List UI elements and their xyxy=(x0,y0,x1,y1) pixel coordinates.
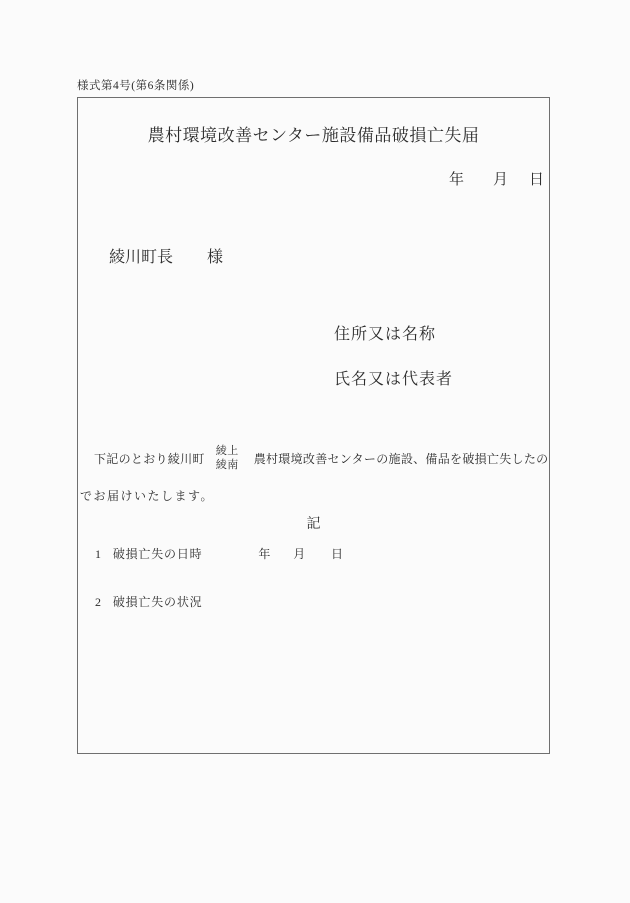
body-paragraph-line2: でお届けいたします。 xyxy=(80,489,214,503)
date-year-label: 年 xyxy=(449,171,464,189)
document-page: 様式第4号(第6条関係) 農村環境改善センター施設備品破損亡失届 年 月 日 綾… xyxy=(0,0,630,903)
list-item-damage-condition: 2 破損亡失の状況 xyxy=(95,595,202,609)
list-heading-ki: 記 xyxy=(78,517,549,534)
branch-top-label: 綾上 xyxy=(216,445,239,459)
item-1-year-label: 年 xyxy=(258,547,271,561)
branch-bottom-label: 綾南 xyxy=(216,459,239,473)
date-month-label: 月 xyxy=(493,171,508,189)
list-item-damage-datetime: 1 破損亡失の日時 年 月 日 xyxy=(95,547,344,561)
submission-date-line: 年 月 日 xyxy=(449,171,544,189)
form-title: 農村環境改善センター施設備品破損亡失届 xyxy=(78,126,549,146)
item-2-number: 2 xyxy=(95,595,102,609)
addressee-title: 綾川町長 xyxy=(109,248,173,267)
item-1-number: 1 xyxy=(95,547,102,561)
body-line1-post: 農村環境改善センターの施設、備品を破損亡失したの xyxy=(254,450,549,467)
branch-name-stack: 綾上 綾南 xyxy=(216,445,239,472)
body-line1-pre: 下記のとおり綾川町 xyxy=(94,450,205,467)
applicant-address-label: 住所又は名称 xyxy=(334,325,436,344)
applicant-name-label: 氏名又は代表者 xyxy=(334,370,453,389)
addressee-honorific: 様 xyxy=(207,248,223,267)
form-border-box: 農村環境改善センター施設備品破損亡失届 年 月 日 綾川町長 様 住所又は名称 … xyxy=(77,97,550,754)
item-1-month-label: 月 xyxy=(293,547,306,561)
item-2-label: 破損亡失の状況 xyxy=(113,595,203,609)
form-number-label: 様式第4号(第6条関係) xyxy=(77,80,194,94)
item-1-day-label: 日 xyxy=(331,547,344,561)
addressee-line: 綾川町長 様 xyxy=(109,248,223,267)
date-day-label: 日 xyxy=(529,171,544,189)
body-paragraph-line1: 下記のとおり綾川町 綾上 綾南 農村環境改善センターの施設、備品を破損亡失したの xyxy=(94,445,548,472)
item-1-label: 破損亡失の日時 xyxy=(113,547,203,561)
